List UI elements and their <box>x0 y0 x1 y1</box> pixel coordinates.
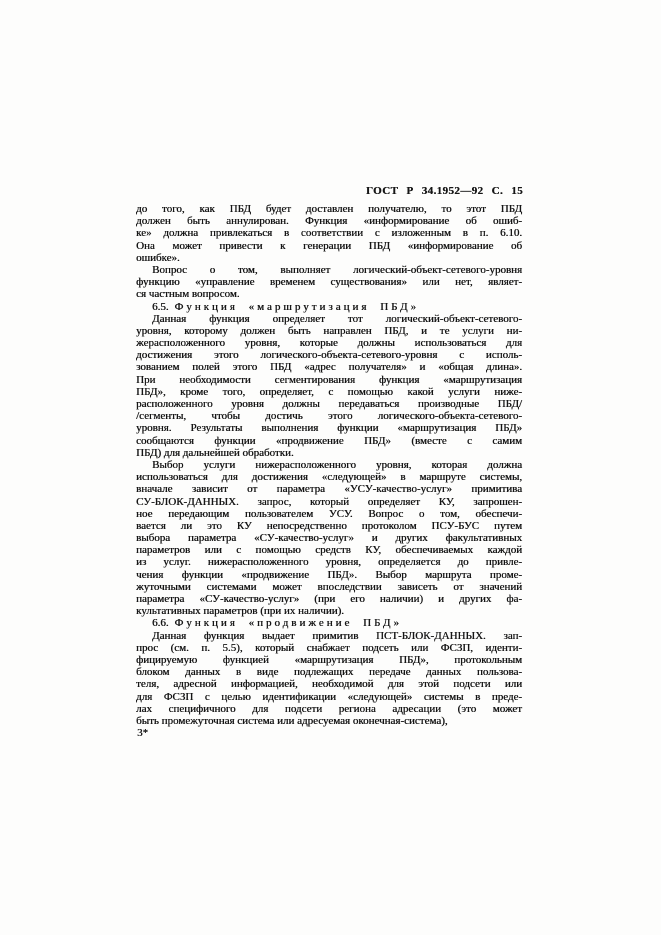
text-line: лах специфичного для подсети региона адр… <box>136 703 522 715</box>
text-line: до того, как ПБД будет доставлен получат… <box>136 203 522 215</box>
text-line: Вопрос о том, выполняет логический-объек… <box>136 264 522 276</box>
text-line: Данная функция выдает примитив ПСТ-БЛОК-… <box>136 630 522 642</box>
text-line: Данная функция определяет тот логический… <box>136 313 522 325</box>
section-number: 6.6. <box>152 617 169 629</box>
text-line: быть промежуточная система или адресуема… <box>136 715 522 727</box>
text-line: параметра «СУ-качество-услуг» (при его н… <box>136 593 522 605</box>
text-line: из услуг. нижерасположенного уровня, опр… <box>136 556 522 568</box>
text-line: СУ-БЛОК-ДАННЫХ. запрос, который определя… <box>136 496 522 508</box>
text-line: достижения этого логического-объекта-сет… <box>136 349 522 361</box>
text-line: зованием полей этого ПБД «адрес получате… <box>136 361 522 373</box>
text-line: теля, адресной информацией, необходимой … <box>136 678 522 690</box>
text-line: ПБД) для дальнейшей обработки. <box>136 447 522 459</box>
text-line: ошибке». <box>136 252 522 264</box>
text-line: ное передающим пользователем УСУ. Вопрос… <box>136 508 522 520</box>
section-title: Функция «маршрутизация ПБД» <box>175 301 419 313</box>
text-line: При необходимости сегментирования функци… <box>136 374 522 386</box>
section-number: 6.5. <box>152 301 169 313</box>
text-line: использоваться для достижения «следующей… <box>136 471 522 483</box>
text-line: ке» должна привлекаться в соответствии с… <box>136 227 522 239</box>
text-line: сообщаются функции «продвижение ПБД» (вм… <box>136 435 522 447</box>
text-line: ся частным вопросом. <box>136 288 522 300</box>
text-line: вается ли это КУ непосредственно протоко… <box>136 520 522 532</box>
section-heading: 6.6.Функция «продвижение ПБД» <box>136 617 522 629</box>
text-line: фицируемую функцией «маршрутизация ПБД»,… <box>136 654 522 666</box>
text-line: вначале зависит от параметра «УСУ-качест… <box>136 483 522 495</box>
text-line: параметров или с помощью средств КУ, обе… <box>136 544 522 556</box>
signature-mark: 3* <box>137 727 148 739</box>
text-line: для ФСЗП с целью идентификации «следующе… <box>136 691 522 703</box>
text-line: уровня. Результаты выполнения функции «м… <box>136 422 522 434</box>
text-line: культативных параметров (при их наличии)… <box>136 605 522 617</box>
text-line: чения функции «продвижение ПБД». Выбор м… <box>136 569 522 581</box>
text-line: уровня, которому должен быть направлен П… <box>136 325 522 337</box>
text-line: прос (см. п. 5.5), который снабжает подс… <box>136 642 522 654</box>
document-page: ГОСТ Р 34.1952—92 С. 15 до того, как ПБД… <box>0 0 661 935</box>
section-heading: 6.5.Функция «маршрутизация ПБД» <box>136 301 522 313</box>
text-line: должен быть аннулирован. Функция «информ… <box>136 215 522 227</box>
text-line: /сегменты, чтобы достичь этого логическо… <box>136 410 522 422</box>
text-line: жерасположенного уровня, которые должны … <box>136 337 522 349</box>
section-title: Функция «продвижение ПБД» <box>175 617 402 629</box>
text-line: блоком данных в виде подлежащих передаче… <box>136 666 522 678</box>
text-line: Выбор услуги нижерасположенного уровня, … <box>136 459 522 471</box>
text-line: Она может привести к генерации ПБД «инфо… <box>136 240 522 252</box>
document-text: до того, как ПБД будет доставлен получат… <box>136 203 522 727</box>
text-line: расположенного уровня должны передаватьс… <box>136 398 522 410</box>
text-line: функцию «управление временем существован… <box>136 276 522 288</box>
text-line: выбора параметра «СУ-качество-услуг» и д… <box>136 532 522 544</box>
page-header-gost: ГОСТ Р 34.1952—92 С. 15 <box>0 185 523 197</box>
text-line: ПБД», кроме того, определяет, с помощью … <box>136 386 522 398</box>
text-line: жуточными системами может впоследствии з… <box>136 581 522 593</box>
